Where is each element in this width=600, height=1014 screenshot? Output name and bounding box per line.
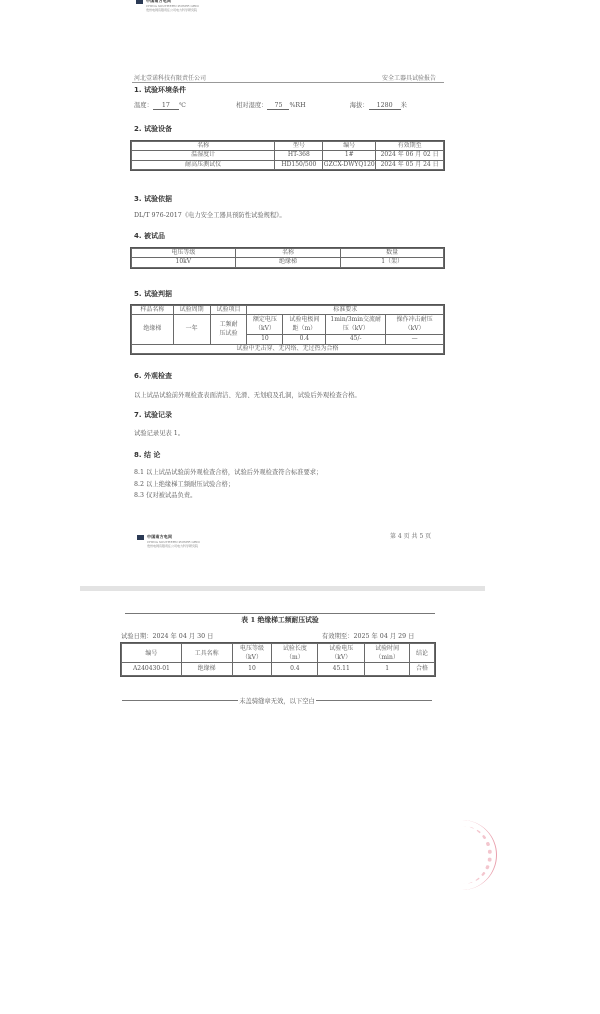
col-test-item: 试验项目 xyxy=(210,306,247,315)
test-basis-text: DL/T 976-2017《电力安全工器具预防性试验规程》。 xyxy=(134,210,286,219)
sub-header-impulse-withstand: 操作冲击耐压（kV） xyxy=(386,315,444,335)
cell: 1# xyxy=(323,151,376,160)
cell: — xyxy=(386,335,444,344)
table1-test-date: 试验日期：2024 年 04 月 30 日 xyxy=(121,631,213,640)
col-valid-until: 有效期至 xyxy=(376,142,444,151)
cell: 合格 xyxy=(410,663,435,676)
section-5-title: 5. 试验判据 xyxy=(134,289,172,299)
temperature-value: 17 xyxy=(153,102,179,110)
col-test-time: 试验时间（min） xyxy=(365,644,410,663)
col-quantity: 数量 xyxy=(341,249,444,258)
end-note-line-left xyxy=(122,700,238,701)
environment-conditions: 温度：17℃ 相对湿度：75%RH 海拔：1280米 xyxy=(134,100,464,110)
col-test-length: 试验长度（m） xyxy=(272,644,318,663)
col-name: 名称 xyxy=(235,249,341,258)
col-period: 试验周期 xyxy=(173,306,210,315)
col-test-voltage: 试验电压（kV） xyxy=(318,644,365,663)
cell: 绝缘梯 xyxy=(181,663,232,676)
col-name: 名称 xyxy=(132,142,275,151)
cell: 2024 年 05 月 24 日 xyxy=(376,160,444,169)
humidity-label: 相对湿度： xyxy=(236,102,267,109)
sub-header-electrode-distance: 试验电极间距（m） xyxy=(283,315,326,335)
cell: 0.4 xyxy=(272,663,318,676)
table-row: 10kV 绝缘梯 1（架） xyxy=(132,258,444,267)
header-company: 河北壹诺科技有限责任公司 xyxy=(134,73,206,82)
end-note: 未盖骑缝章无效，以下空白 xyxy=(122,696,432,705)
col-voltage-level: 电压等级 xyxy=(132,249,236,258)
cell: 1 xyxy=(365,663,410,676)
humidity-value: 75 xyxy=(267,102,289,110)
altitude-label: 海拔： xyxy=(350,102,369,109)
section-3-title: 3. 试验依据 xyxy=(134,194,172,204)
cell: 1（架） xyxy=(341,258,444,267)
power-grid-logo-icon xyxy=(136,0,143,4)
section-4-title: 4. 被试品 xyxy=(134,231,165,241)
col-tool-name: 工具名称 xyxy=(181,644,232,663)
cell: 2024 年 06 月 02 日 xyxy=(376,151,444,160)
cell: 10kV xyxy=(132,258,236,267)
sub-header-ac-withstand: 1min/3min交流耐压（kV） xyxy=(326,315,386,335)
cell: 45.11 xyxy=(318,663,365,676)
section-7-title: 7. 试验记录 xyxy=(134,410,172,420)
table-row: 温湿度计 HT-368 1# 2024 年 06 月 02 日 xyxy=(132,151,444,160)
cell: 10 xyxy=(232,663,272,676)
specimen-table: 电压等级 名称 数量 10kV 绝缘梯 1（架） xyxy=(131,248,444,268)
table-row: A240430-01 绝缘梯 10 0.4 45.11 1 合格 xyxy=(122,663,435,676)
table-header-row: 样品名称 试验周期 试验项目 标准要求 xyxy=(132,306,444,315)
section-8-title: 8. 结 论 xyxy=(134,450,160,460)
col-sample-name: 样品名称 xyxy=(132,306,174,315)
cell: 绝缘梯 xyxy=(235,258,341,267)
footer-logo: 中国南方电网 CHINA SOUTHERN POWER GRID 贵州电网有限责… xyxy=(137,534,200,548)
conclusion-item: 8.1 以上试品试验前外观检查合格，试验后外观检查符合标准要求； xyxy=(134,467,322,479)
test-record-table: 编号 工具名称 电压等级（kV） 试验长度（m） 试验电压（kV） 试验时间（m… xyxy=(121,643,435,676)
temperature-unit: ℃ xyxy=(179,102,186,109)
cell: 10 xyxy=(247,335,283,344)
page-break-divider xyxy=(80,586,485,591)
cell-period: 一年 xyxy=(173,315,210,344)
col-serial: 编号 xyxy=(323,142,376,151)
prev-page-footer-logo: 中国南方电网 CHINA SOUTHERN POWER GRID 贵州电网有限责… xyxy=(136,0,199,12)
sub-header-rated-voltage: 额定电压（kV） xyxy=(247,315,283,335)
header-divider xyxy=(132,82,444,83)
cell-sample: 绝缘梯 xyxy=(132,315,174,344)
humidity-unit: %RH xyxy=(289,102,305,109)
table-row: 试验中无击穿、无闪络、无过热为合格 xyxy=(132,344,444,353)
table-header-row: 编号 工具名称 电压等级（kV） 试验长度（m） 试验电压（kV） 试验时间（m… xyxy=(122,644,435,663)
table1-valid-until: 有效期至：2025 年 04 月 29 日 xyxy=(322,631,414,640)
col-conclusion: 结论 xyxy=(410,644,435,663)
cell: 耐高压测试仪 xyxy=(132,160,275,169)
criteria-table: 样品名称 试验周期 试验项目 标准要求 绝缘梯 一年 工频耐压试验 额定电压（k… xyxy=(131,305,444,354)
section-1-title: 1. 试验环境条件 xyxy=(134,85,186,95)
altitude-unit: 米 xyxy=(401,102,407,109)
section-2-title: 2. 试验设备 xyxy=(134,124,172,134)
col-voltage-level: 电压等级（kV） xyxy=(232,644,272,663)
cell: 0.4 xyxy=(283,335,326,344)
end-note-text: 未盖骑缝章无效，以下空白 xyxy=(238,696,316,705)
temperature-label: 温度： xyxy=(134,102,153,109)
page-number: 第 4 页 共 5 页 xyxy=(390,531,431,540)
altitude-value: 1280 xyxy=(369,102,401,110)
col-serial: 编号 xyxy=(122,644,182,663)
criteria-note: 试验中无击穿、无闪络、无过热为合格 xyxy=(132,344,444,353)
section-6-title: 6. 外观检查 xyxy=(134,371,172,381)
conclusion-item: 8.2 以上绝缘梯工频耐压试验合格； xyxy=(134,479,322,491)
end-note-line-right xyxy=(316,700,432,701)
cell-test-item: 工频耐压试验 xyxy=(210,315,247,344)
table-header-row: 名称 型号 编号 有效期至 xyxy=(132,142,444,151)
table1-title: 表 1 绝缘梯工频耐压试验 xyxy=(125,614,435,624)
equipment-table: 名称 型号 编号 有效期至 温湿度计 HT-368 1# 2024 年 06 月… xyxy=(131,141,444,170)
conclusion-list: 8.1 以上试品试验前外观检查合格，试验后外观检查符合标准要求； 8.2 以上绝… xyxy=(134,467,322,502)
cell: 温湿度计 xyxy=(132,151,275,160)
table-header-row: 电压等级 名称 数量 xyxy=(132,249,444,258)
power-grid-logo-icon xyxy=(137,535,144,540)
cell: GZCX-DWYQ120 xyxy=(323,160,376,169)
prev-footer-sub-2: 贵州电网有限责任公司电力科学研究院 xyxy=(146,8,199,12)
table-row: 绝缘梯 一年 工频耐压试验 额定电压（kV） 试验电极间距（m） 1min/3m… xyxy=(132,315,444,335)
cell: A240430-01 xyxy=(122,663,182,676)
visual-inspection-text: 以上试品试验前外观检查表面清洁、光滑、无划痕及孔洞，试验后外观检查合格。 xyxy=(134,390,361,399)
cell: HD150/500 xyxy=(275,160,323,169)
cell: 45/- xyxy=(326,335,386,344)
footer-sub-2: 贵州电网有限责任公司电力科学研究院 xyxy=(147,544,200,548)
col-model: 型号 xyxy=(275,142,323,151)
test-record-text: 试验记录见表 1。 xyxy=(134,428,184,437)
table-row: 耐高压测试仪 HD150/500 GZCX-DWYQ120 2024 年 05 … xyxy=(132,160,444,169)
cell: HT-368 xyxy=(275,151,323,160)
col-standard: 标准要求 xyxy=(247,306,444,315)
header-report-type: 安全工器具试验报告 xyxy=(382,73,436,82)
conclusion-item: 8.3 仅对被试品负责。 xyxy=(134,490,322,502)
